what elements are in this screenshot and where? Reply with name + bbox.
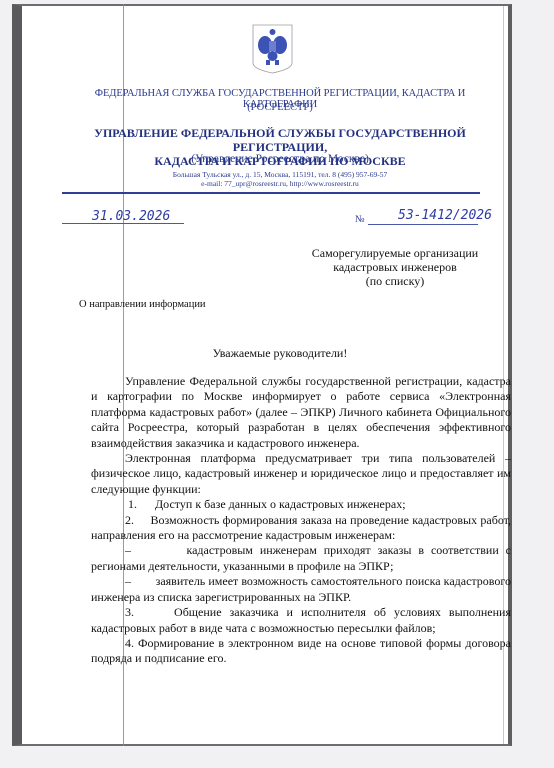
document-date: 31.03.2026	[92, 209, 170, 224]
agency-short-name: (РОСРЕЕСТР)	[70, 102, 490, 113]
list-marker: –	[125, 543, 131, 557]
list-item: 4. Формирование в электронном виде на ос…	[91, 636, 511, 667]
list-text: Доступ к базе данных о кадастровых инжен…	[155, 497, 511, 512]
document-number: 53-1412/2026	[398, 208, 492, 223]
subject-line: О направлении информации	[79, 299, 206, 310]
number-underline	[368, 224, 478, 225]
list-item: – заявитель имеет возможность самостояте…	[91, 574, 511, 605]
coat-of-arms-icon	[250, 23, 295, 75]
list-item: 2. Возможность формирования заказа на пр…	[91, 513, 511, 544]
greeting: Уважаемые руководители!	[60, 346, 500, 361]
list-text: кадастровым инженерам приходят заказы в …	[91, 543, 511, 572]
addressee-line: (по списку)	[300, 274, 490, 288]
list-item: 1. Доступ к базе данных о кадастровых ин…	[91, 497, 511, 512]
list-text: Формирование в электронном виде на основ…	[91, 636, 511, 665]
list-item: – кадастровым инженерам приходят заказы …	[91, 543, 511, 574]
list-text: Возможность формирования заказа на прове…	[91, 513, 511, 542]
list-marker: 3.	[125, 605, 134, 619]
list-marker: –	[125, 574, 131, 588]
office-name-line1: УПРАВЛЕНИЕ ФЕДЕРАЛЬНОЙ СЛУЖБЫ ГОСУДАРСТВ…	[70, 126, 490, 154]
list-text: заявитель имеет возможность самостоятель…	[91, 574, 511, 603]
letter-body: Управление Федеральной службы государств…	[91, 374, 511, 667]
date-underline	[62, 223, 184, 224]
list-text: Общение заказчика и исполнителя об услов…	[91, 605, 511, 634]
letterhead-divider	[62, 192, 480, 194]
list-item: 3. Общение заказчика и исполнителя об ус…	[91, 605, 511, 636]
list-marker: 4.	[125, 636, 134, 650]
list-marker: 2.	[125, 513, 134, 527]
addressee-line: Саморегулируемые организации	[300, 246, 490, 260]
addressee-block: Саморегулируемые организации кадастровых…	[300, 246, 490, 288]
number-label: №	[355, 214, 365, 225]
list-marker: 1.	[91, 497, 155, 512]
address-line: Большая Тульская ул., д. 15, Москва, 115…	[70, 170, 490, 179]
contacts-line: e-mail: 77_upr@rosreestr.ru, http://www.…	[70, 179, 490, 188]
addressee-line: кадастровых инженеров	[300, 260, 490, 274]
body-paragraph: Управление Федеральной службы государств…	[91, 374, 511, 451]
office-short-name: (Управление Росреестра по Москве)	[70, 153, 490, 165]
body-paragraph: Электронная платформа предусматривает тр…	[91, 451, 511, 497]
office-address: Большая Тульская ул., д. 15, Москва, 115…	[70, 170, 490, 188]
